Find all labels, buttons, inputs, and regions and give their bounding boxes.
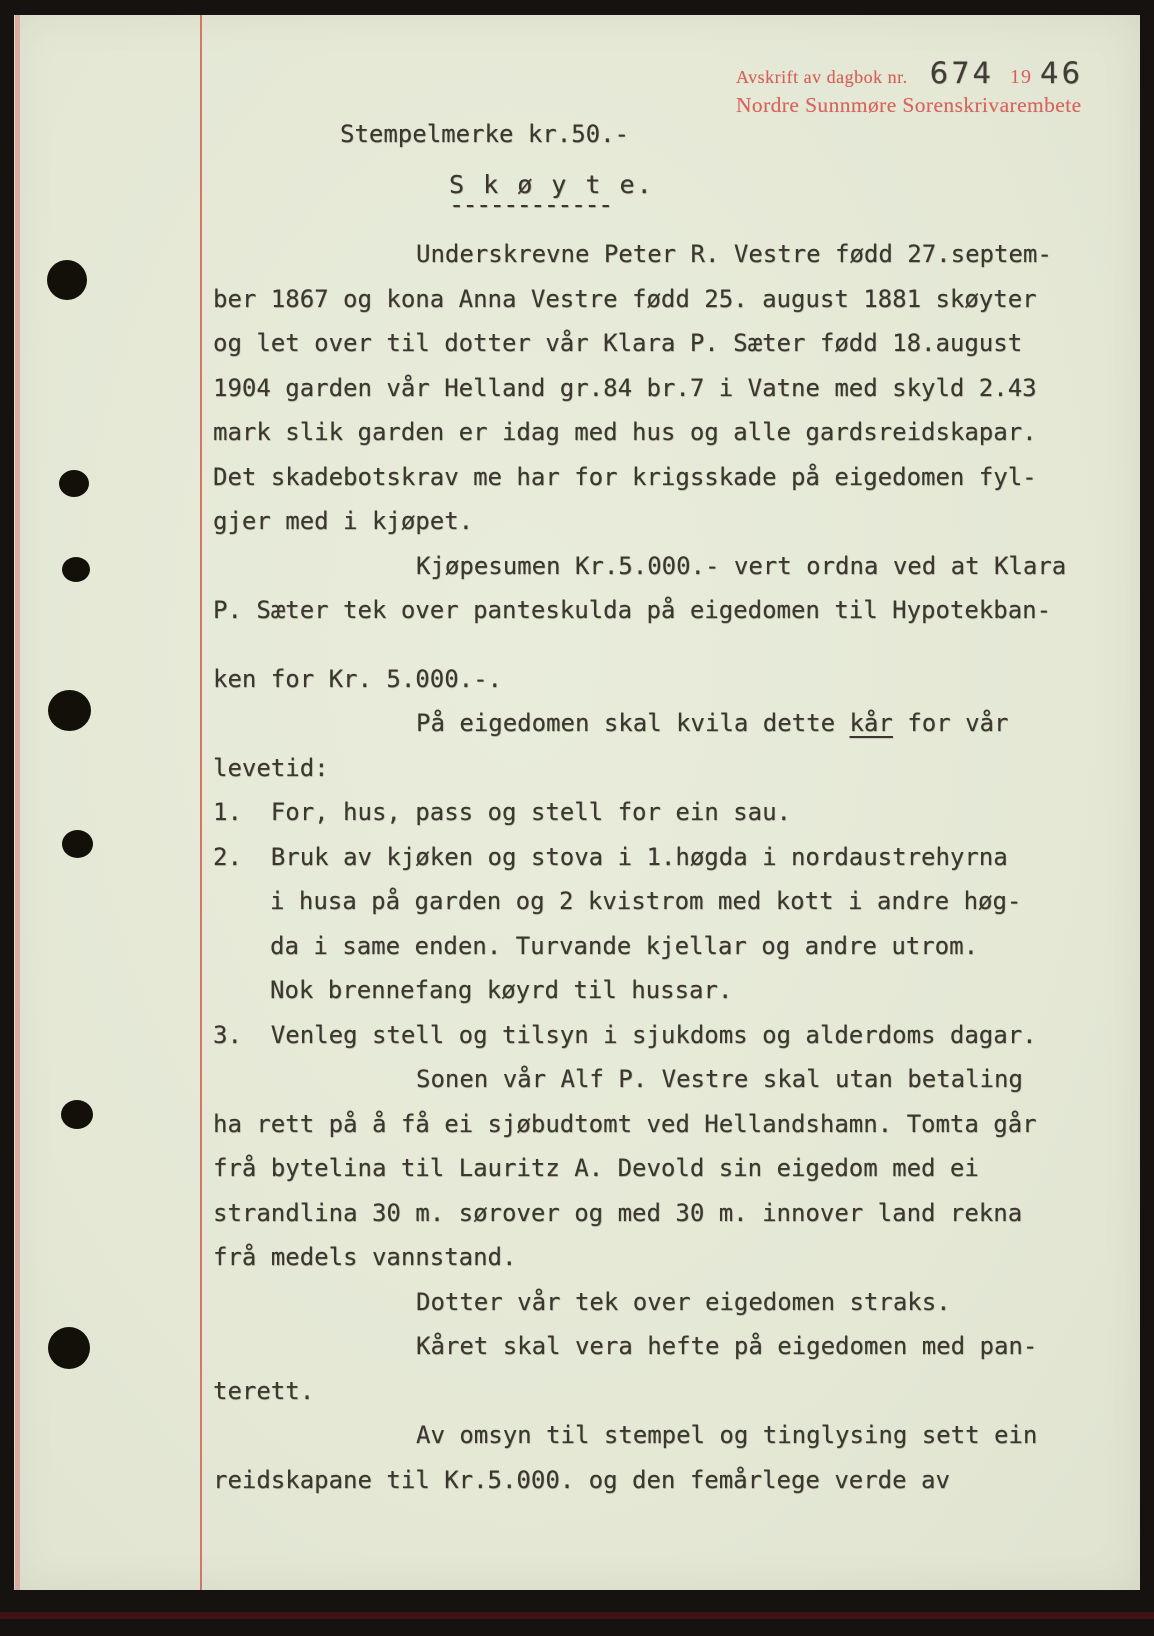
daybook-year: 46 xyxy=(1040,56,1083,90)
daybook-stamp: Avskrift av dagbok nr. 674 19 46 Nordre … xyxy=(736,56,1083,118)
document-line: Kjøpesumen Kr.5.000.- vert ordna ved at … xyxy=(213,544,1073,589)
punch-hole xyxy=(47,260,87,300)
document-line: Sonen vår Alf P. Vestre skal utan betali… xyxy=(213,1057,1073,1102)
document-line: 3. Venleg stell og tilsyn i sjukdoms og … xyxy=(213,1013,1073,1058)
document-line: da i same enden. Turvande kjellar og and… xyxy=(213,924,1073,969)
daybook-number: 674 xyxy=(930,56,994,90)
document-line: Kåret skal vera hefte på eigedomen med p… xyxy=(213,1324,1073,1369)
daybook-stamp-row: Avskrift av dagbok nr. 674 19 46 xyxy=(736,56,1083,90)
document-line: Underskrevne Peter R. Vestre fødd 27.sep… xyxy=(213,232,1073,277)
document-line: Av omsyn til stempel og tinglysing sett … xyxy=(213,1413,1073,1458)
office-name: Nordre Sunnmøre Sorenskrivarembete xyxy=(736,93,1083,118)
document-line: 1. For, hus, pass og stell for ein sau. xyxy=(213,790,1073,835)
document-line: terett. xyxy=(213,1369,1073,1414)
document-line: På eigedomen skal kvila dette kår for vå… xyxy=(213,701,1073,746)
punch-hole xyxy=(62,557,90,582)
daybook-year-prefix: 19 xyxy=(1010,66,1032,89)
paper-edge-line xyxy=(15,15,20,1590)
underlined-word: kår xyxy=(849,709,892,737)
document-line: P. Sæter tek over panteskulda på eigedom… xyxy=(213,588,1073,633)
document-body: Underskrevne Peter R. Vestre fødd 27.sep… xyxy=(213,232,1073,1502)
document-line: i husa på garden og 2 kvistrom med kott … xyxy=(213,879,1073,924)
punch-hole xyxy=(59,470,89,497)
daybook-stamp-label: Avskrift av dagbok nr. xyxy=(736,67,908,88)
document-line: ber 1867 og kona Anna Vestre fødd 25. au… xyxy=(213,277,1073,322)
document-line: reidskapane til Kr.5.000. og den femårle… xyxy=(213,1458,1073,1503)
document-line: og let over til dotter vår Klara P. Sæte… xyxy=(213,321,1073,366)
document-line: ha rett på å få ei sjøbudtomt ved Hellan… xyxy=(213,1102,1073,1147)
document-title-underline: ------------ xyxy=(449,190,612,219)
scan-edge-artifact xyxy=(0,1612,1154,1619)
scan-background: Avskrift av dagbok nr. 674 19 46 Nordre … xyxy=(0,0,1154,1636)
document-line: gjer med i kjøpet. xyxy=(213,499,1073,544)
document-line: frå medels vannstand. xyxy=(213,1235,1073,1280)
punch-hole xyxy=(48,690,91,731)
document-line: 1904 garden vår Helland gr.84 br.7 i Vat… xyxy=(213,366,1073,411)
punch-hole xyxy=(48,1327,90,1369)
document-line: strandlina 30 m. sørover og med 30 m. in… xyxy=(213,1191,1073,1236)
document-line: 2. Bruk av kjøken og stova i 1.høgda i n… xyxy=(213,835,1073,880)
document-line: Det skadebotskrav me har for krigsskade … xyxy=(213,455,1073,500)
punch-hole xyxy=(61,1100,93,1129)
document-line: frå bytelina til Lauritz A. Devold sin e… xyxy=(213,1146,1073,1191)
stamp-duty-note: Stempelmerke kr.50.- xyxy=(340,120,629,148)
document-line: Dotter vår tek over eigedomen straks. xyxy=(213,1280,1073,1325)
document-line: ken for Kr. 5.000.-. xyxy=(213,657,1073,702)
document-line: levetid: xyxy=(213,746,1073,791)
document-line: mark slik garden er idag med hus og alle… xyxy=(213,410,1073,455)
punch-hole xyxy=(62,830,93,858)
document-line: Nok brennefang køyrd til hussar. xyxy=(213,968,1073,1013)
margin-rule-line xyxy=(200,15,202,1590)
